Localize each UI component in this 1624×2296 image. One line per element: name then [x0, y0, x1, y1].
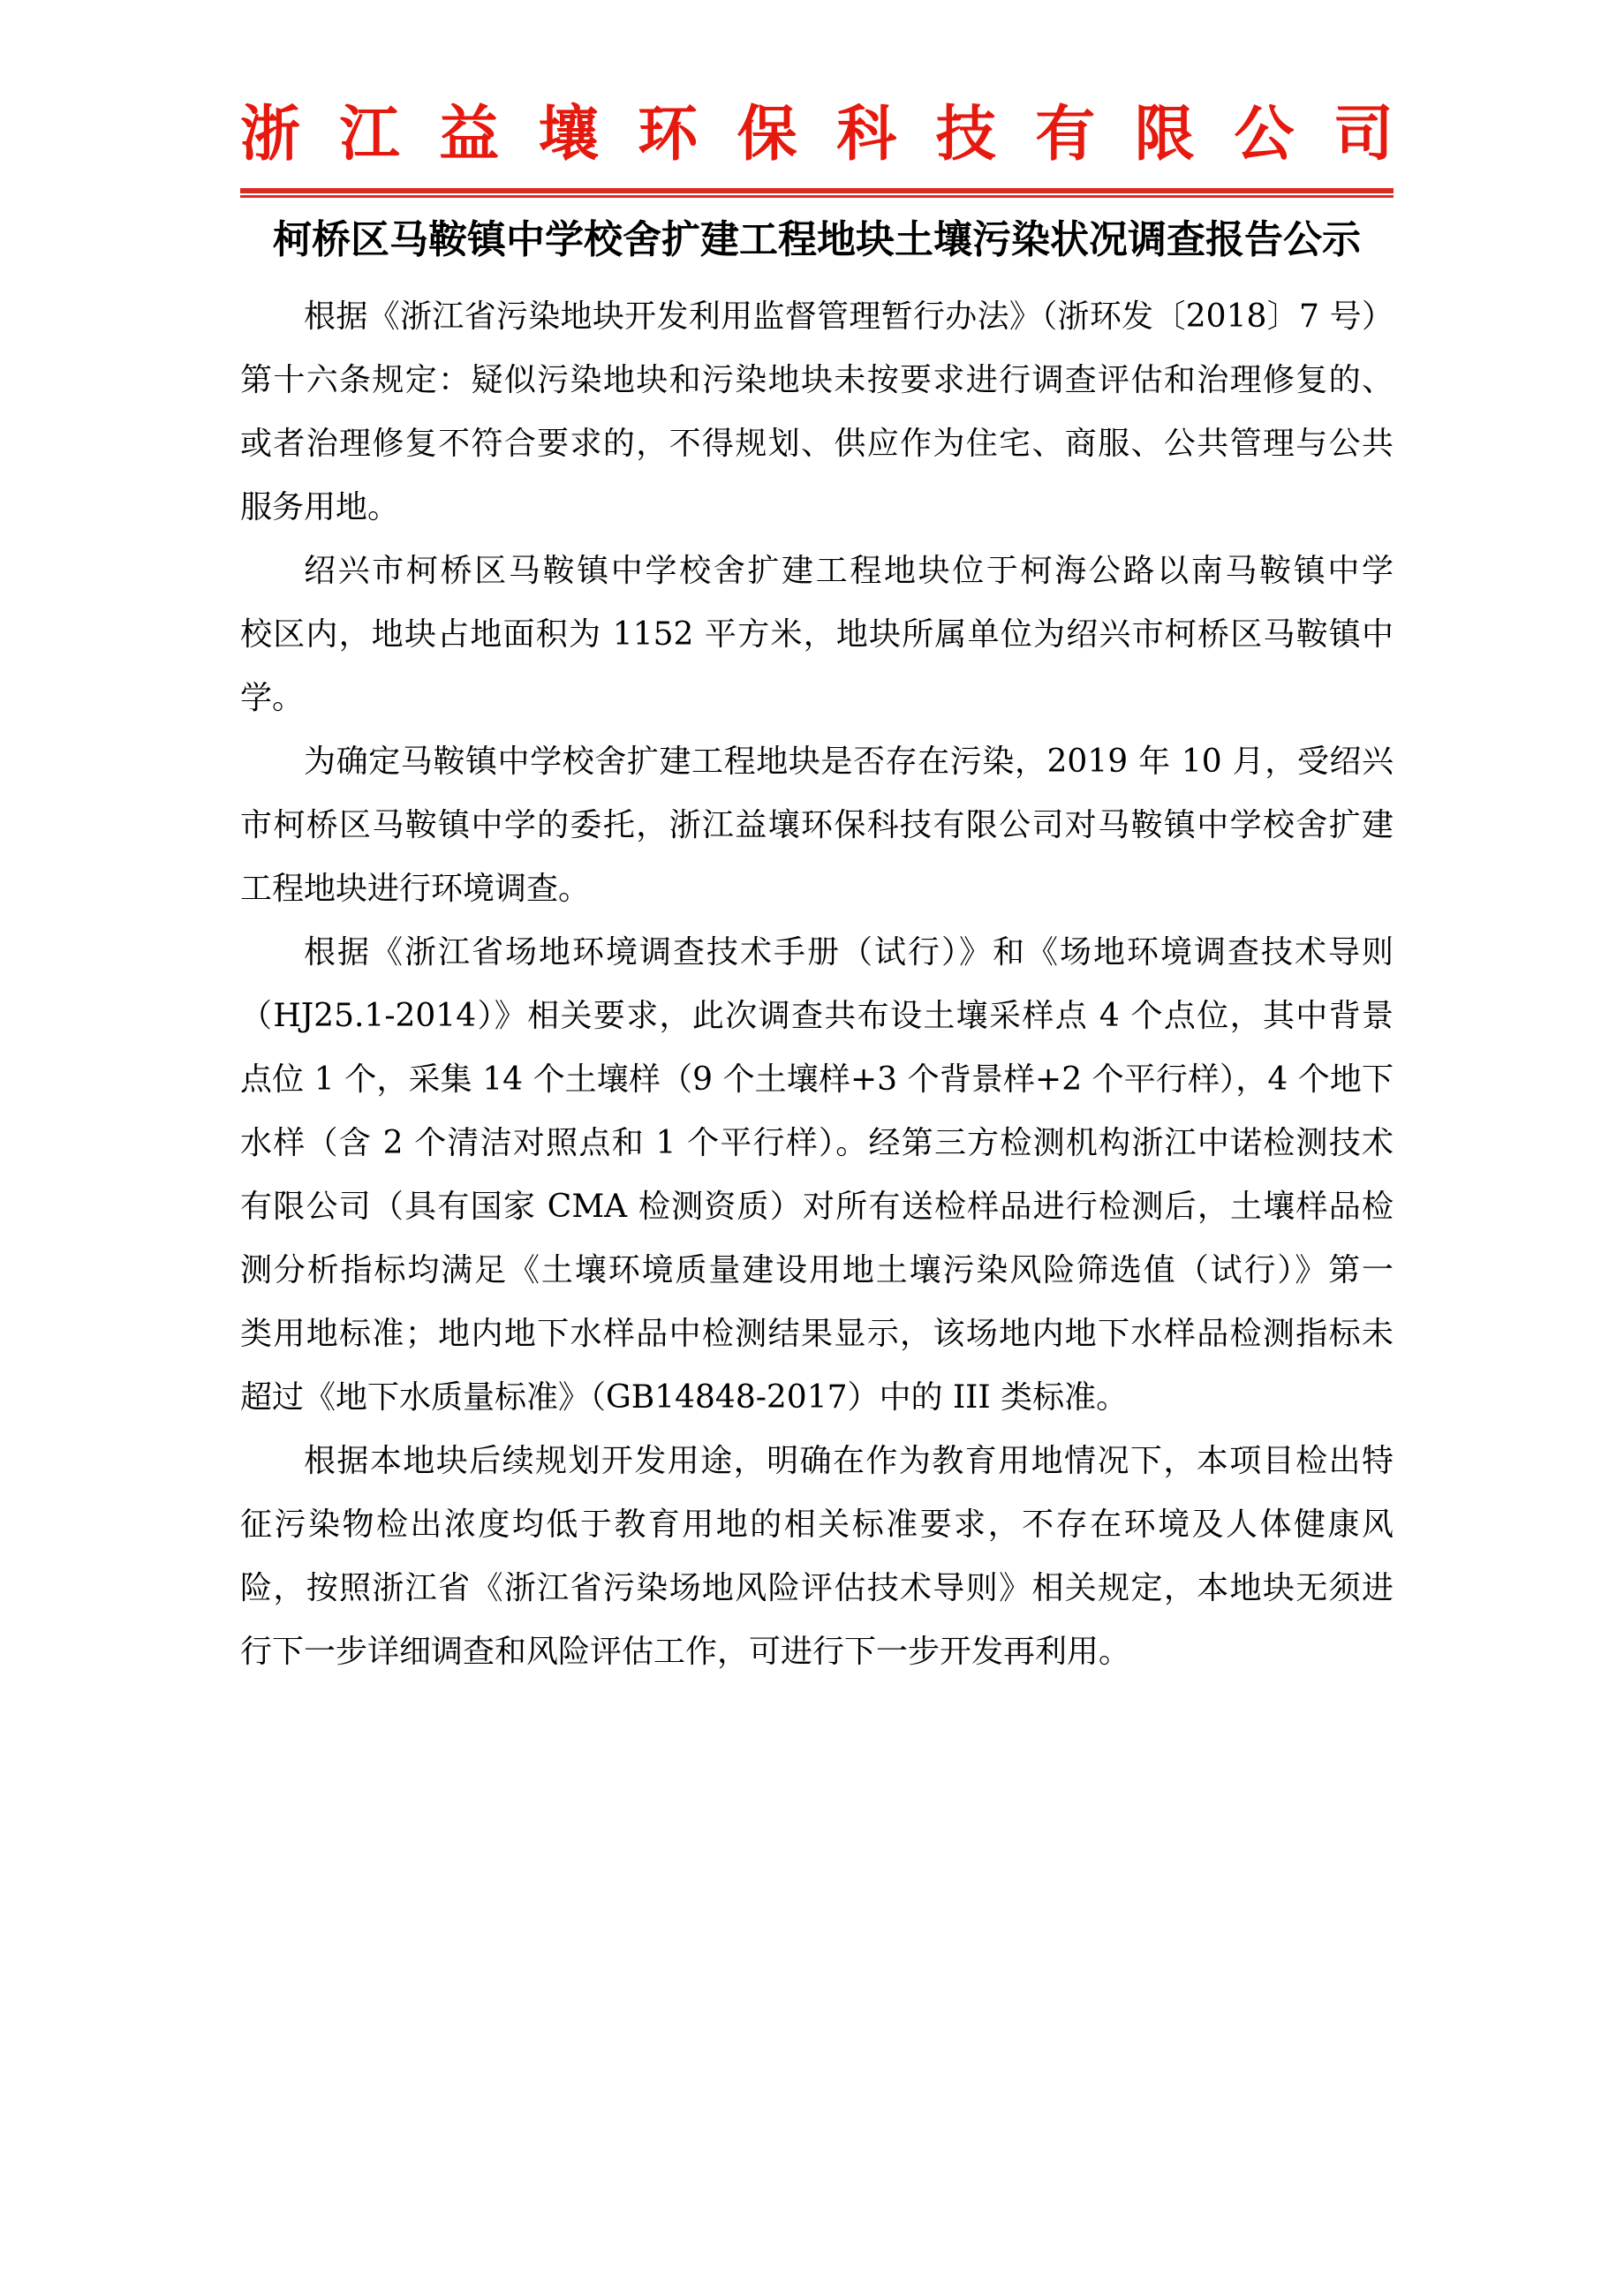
company-letterhead-char: 科	[836, 104, 896, 164]
text-line: 学。	[240, 667, 1394, 730]
paragraph: 为确定马鞍镇中学校舍扩建工程地块是否存在污染，2019 年 10 月，受绍兴市柯…	[240, 730, 1394, 921]
paragraph: 根据《浙江省污染地块开发利用监督管理暂行办法》（浙环发〔2018〕7 号）第十六…	[240, 285, 1394, 540]
text-line: 根据《浙江省场地环境调查技术手册（试行）》和《场地环境调查技术导则	[240, 921, 1394, 985]
text-line: 测分析指标均满足《土壤环境质量建设用地土壤污染风险筛选值（试行）》第一	[240, 1239, 1394, 1303]
letterhead-rule-thin	[240, 195, 1394, 198]
text-line: 为确定马鞍镇中学校舍扩建工程地块是否存在污染，2019 年 10 月，受绍兴	[240, 730, 1394, 794]
paragraph: 绍兴市柯桥区马鞍镇中学校舍扩建工程地块位于柯海公路以南马鞍镇中学校区内，地块占地…	[240, 540, 1394, 730]
letterhead-rule-thick	[240, 188, 1394, 193]
text-line: 点位 1 个，采集 14 个土壤样（9 个土壤样+3 个背景样+2 个平行样），…	[240, 1048, 1394, 1112]
paragraph: 根据《浙江省场地环境调查技术手册（试行）》和《场地环境调查技术导则（HJ25.1…	[240, 921, 1394, 1430]
text-line: 绍兴市柯桥区马鞍镇中学校舍扩建工程地块位于柯海公路以南马鞍镇中学	[240, 540, 1394, 603]
text-line: 行下一步详细调查和风险评估工作，可进行下一步开发再利用。	[240, 1620, 1394, 1684]
text-line: 超过《地下水质量标准》（GB14848-2017）中的 III 类标准。	[240, 1366, 1394, 1430]
text-line: （HJ25.1-2014）》相关要求，此次调查共布设土壤采样点 4 个点位，其中…	[240, 985, 1394, 1048]
text-line: 根据本地块后续规划开发用途，明确在作为教育用地情况下，本项目检出特	[240, 1430, 1394, 1493]
paragraph: 根据本地块后续规划开发用途，明确在作为教育用地情况下，本项目检出特征污染物检出浓…	[240, 1430, 1394, 1684]
company-letterhead-char: 益	[439, 104, 499, 164]
company-letterhead-char: 壤	[539, 104, 599, 164]
company-letterhead-char: 环	[638, 104, 698, 164]
document-page: 浙江益壤环保科技有限公司 柯桥区马鞍镇中学校舍扩建工程地块土壤污染状况调查报告公…	[0, 0, 1624, 2296]
text-line: 校区内，地块占地面积为 1152 平方米，地块所属单位为绍兴市柯桥区马鞍镇中	[240, 603, 1394, 667]
text-line: 或者治理修复不符合要求的，不得规划、供应作为住宅、商服、公共管理与公共	[240, 412, 1394, 476]
company-letterhead-char: 技	[936, 104, 996, 164]
text-line: 服务用地。	[240, 476, 1394, 540]
text-line: 根据《浙江省污染地块开发利用监督管理暂行办法》（浙环发〔2018〕7 号）	[240, 285, 1394, 349]
text-line: 有限公司（具有国家 CMA 检测资质）对所有送检样品进行检测后，土壤样品检	[240, 1175, 1394, 1239]
company-letterhead-char: 有	[1035, 104, 1095, 164]
company-letterhead-char: 限	[1135, 104, 1195, 164]
text-line: 第十六条规定：疑似污染地块和污染地块未按要求进行调查评估和治理修复的、	[240, 349, 1394, 412]
document-title: 柯桥区马鞍镇中学校舍扩建工程地块土壤污染状况调查报告公示	[240, 218, 1394, 262]
text-line: 类用地标准；地内地下水样品中检测结果显示，该场地内地下水样品检测指标未	[240, 1303, 1394, 1366]
text-line: 水样（含 2 个清洁对照点和 1 个平行样）。经第三方检测机构浙江中诺检测技术	[240, 1112, 1394, 1175]
text-line: 市柯桥区马鞍镇中学的委托，浙江益壤环保科技有限公司对马鞍镇中学校舍扩建	[240, 794, 1394, 857]
company-letterhead-char: 司	[1333, 104, 1394, 164]
company-letterhead-char: 公	[1234, 104, 1294, 164]
text-line: 险，按照浙江省《浙江省污染场地风险评估技术导则》相关规定，本地块无须进	[240, 1557, 1394, 1620]
document-body: 根据《浙江省污染地块开发利用监督管理暂行办法》（浙环发〔2018〕7 号）第十六…	[240, 285, 1394, 1684]
company-letterhead-char: 保	[737, 104, 797, 164]
text-line: 工程地块进行环境调查。	[240, 857, 1394, 921]
company-letterhead-char: 浙	[240, 104, 300, 164]
text-line: 征污染物检出浓度均低于教育用地的相关标准要求，不存在环境及人体健康风	[240, 1493, 1394, 1557]
company-letterhead: 浙江益壤环保科技有限公司	[240, 104, 1394, 164]
company-letterhead-char: 江	[340, 104, 400, 164]
